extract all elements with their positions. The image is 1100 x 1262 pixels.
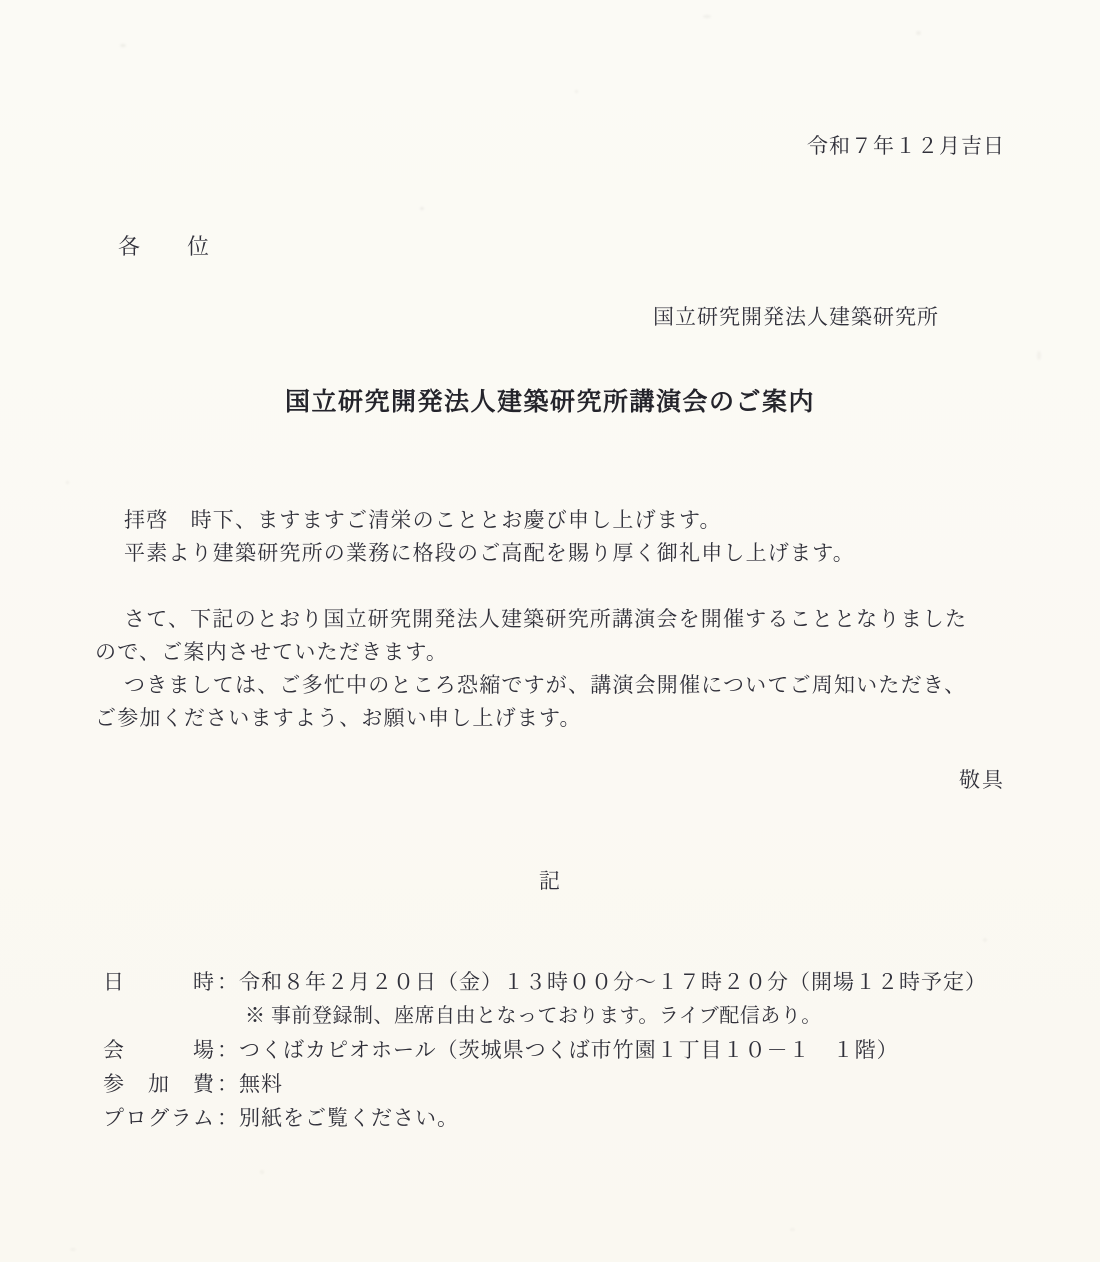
body-line: さて、下記のとおり国立研究開発法人建築研究所講演会を開催することとなりました (95, 603, 1005, 636)
detail-label: 日時 (103, 965, 215, 999)
scan-speck (1037, 351, 1041, 360)
scan-speck (70, 1248, 76, 1251)
letter-title: 国立研究開発法人建築研究所講演会のご案内 (95, 386, 1005, 420)
scanned-letter-page: 令和７年１２月吉日 各 位 国立研究開発法人建築研究所 国立研究開発法人建築研究… (0, 0, 1100, 1262)
body-line: ので、ご案内させていただきます。 (95, 636, 1005, 669)
scan-speck (120, 44, 126, 47)
detail-label: 参加費 (103, 1067, 215, 1101)
detail-value: つくばカピオホール（茨城県つくば市竹園１丁目１０－１ １階） (239, 1033, 899, 1067)
detail-row-fee: 参加費：無料 (95, 1067, 1005, 1101)
record-heading-ki: 記 (95, 865, 1005, 898)
body-line: つきましては、ご多忙中のところ恐縮ですが、講演会開催についてご周知いただき、 (95, 669, 1005, 702)
detail-row-datetime: 日時：令和８年２月２０日（金）１３時００分～１７時２０分（開場１２時予定） (95, 965, 1005, 999)
scan-speck (983, 938, 987, 942)
sender-name: 国立研究開発法人建築研究所 (95, 304, 1005, 330)
scan-speck (916, 31, 921, 35)
body-line: ご参加くださいますよう、お願い申し上げます。 (95, 702, 1005, 735)
body-line: 平素より建築研究所の業務に格段のご高配を賜り厚く御礼申し上げます。 (95, 537, 1005, 570)
scan-speck (66, 481, 69, 484)
body-line: 拝啓 時下、ますますご清栄のこととお慶び申し上げます。 (95, 504, 1005, 537)
letter-content: 令和７年１２月吉日 各 位 国立研究開発法人建築研究所 国立研究開発法人建築研究… (95, 0, 1005, 1135)
detail-row-program: プログラム：別紙をご覧ください。 (95, 1101, 1005, 1135)
detail-label: 会場 (103, 1033, 215, 1067)
registration-note: ※ 事前登録制、座席自由となっております。ライブ配信あり。 (95, 999, 1005, 1033)
detail-colon: ： (217, 965, 239, 999)
addressee: 各 位 (95, 234, 1005, 260)
scan-speck (575, 90, 578, 93)
detail-colon: ： (217, 1101, 239, 1135)
event-details: 日時：令和８年２月２０日（金）１３時００分～１７時２０分（開場１２時予定） ※ … (95, 965, 1005, 1135)
scan-speck (260, 1170, 264, 1174)
scan-speck (790, 1228, 795, 1231)
scan-speck (420, 207, 424, 210)
detail-colon: ： (217, 1033, 239, 1067)
scan-speck (703, 15, 711, 18)
detail-value: 別紙をご覧ください。 (239, 1101, 459, 1135)
detail-colon: ： (217, 1067, 239, 1101)
detail-value: 令和８年２月２０日（金）１３時００分～１７時２０分（開場１２時予定） (239, 965, 987, 999)
letter-body: 拝啓 時下、ますますご清栄のこととお慶び申し上げます。 平素より建築研究所の業務… (95, 504, 1005, 735)
detail-row-venue: 会場：つくばカピオホール（茨城県つくば市竹園１丁目１０－１ １階） (95, 1033, 1005, 1067)
scan-speck (330, 674, 334, 678)
detail-label: プログラム (103, 1101, 215, 1135)
closing-keigu: 敬具 (95, 764, 1005, 797)
letter-date: 令和７年１２月吉日 (95, 133, 1005, 159)
detail-value: 無料 (239, 1067, 283, 1101)
